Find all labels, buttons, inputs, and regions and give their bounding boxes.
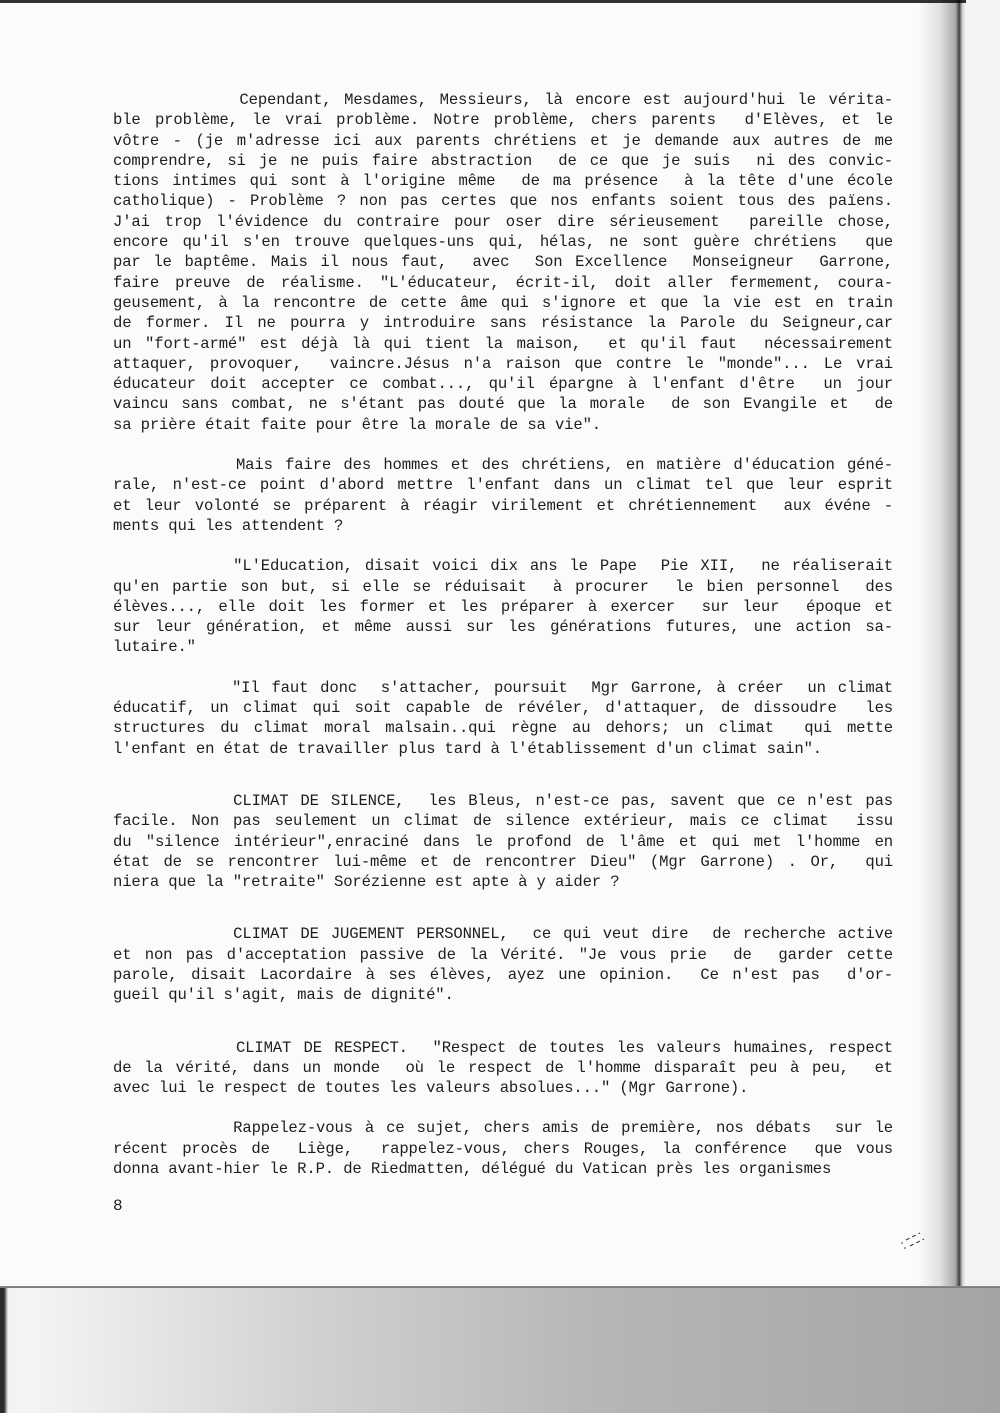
paragraph-climat-respect: CLIMAT DE RESPECT. "Respect de toutes le… [113,1038,893,1099]
text-line: avec lui le respect de toutes les valeur… [113,1078,893,1098]
text-line: un "fort-armé" est déjà là qui tient la … [113,334,893,354]
paragraph-climat-silence: CLIMAT DE SILENCE, les Bleus, n'est-ce p… [113,791,893,892]
text-line: éducateur doit accepter ce combat..., qu… [113,374,893,394]
text-line: J'ai trop l'évidence du contraire pour o… [113,212,893,232]
paragraph-gap [113,1006,893,1038]
text-line: CLIMAT DE JUGEMENT PERSONNEL, ce qui veu… [113,924,893,944]
text-line: comprendre, si je ne puis faire abstract… [113,151,893,171]
text-line: de former. Il ne pourra y introduire san… [113,313,893,333]
paragraph-gap [113,892,893,924]
text-line: geusement, à la rencontre de cette âme q… [113,293,893,313]
text-line: et leur volonté se préparent à réagir vi… [113,496,893,516]
text-line: Rappelez-vous à ce sujet, chers amis de … [113,1118,893,1138]
text-line: attaquer, provoquer, vaincre.Jésus n'a r… [113,354,893,374]
text-line: "L'Education, disait voici dix ans le Pa… [113,556,893,576]
text-line: structures du climat moral malsain..qui … [113,718,893,738]
paragraph-education-pie-xii: "L'Education, disait voici dix ans le Pa… [113,556,893,657]
facing-page-edge [966,0,1000,1288]
text-line: et non pas d'acceptation passive de la V… [113,945,893,965]
text-line: CLIMAT DE SILENCE, les Bleus, n'est-ce p… [113,791,893,811]
text-line: donna avant-hier le R.P. de Riedmatten, … [113,1159,893,1179]
paragraph-cependant: Cependant, Mesdames, Messieurs, là encor… [113,90,893,435]
paragraph-il-faut-donc: "Il faut donc s'attacher, poursuit Mgr G… [113,678,893,759]
text-line: de la vérité, dans un monde où le respec… [113,1058,893,1078]
text-line: du "silence intérieur",enraciné dans le … [113,832,893,852]
text-line: par le baptême. Mais il nous faut, avec … [113,252,893,272]
paragraph-rappelez-vous: Rappelez-vous à ce sujet, chers amis de … [113,1118,893,1179]
paragraph-gap [113,536,893,556]
pencil-mark-icon [898,1230,928,1250]
paragraph-gap [113,658,893,678]
page-top-edge [0,0,1000,3]
text-line: niera que la "retraite" Sorézienne est a… [113,872,893,892]
text-line: lutaire." [113,637,893,657]
text-line: catholique) - Problème ? non pas certes … [113,191,893,211]
text-line: facile. Non pas seulement un climat de s… [113,811,893,831]
text-line: qu'en partie son but, si elle se réduisa… [113,577,893,597]
text-line: sur leur génération, et même aussi sur l… [113,617,893,637]
text-line: rale, n'est-ce point d'abord mettre l'en… [113,475,893,495]
text-line: ble problème, le vrai problème. Notre pr… [113,110,893,130]
paragraph-gap [113,435,893,455]
text-line: ments qui les attendent ? [113,516,893,536]
paragraph-gap [113,1098,893,1118]
text-line: "Il faut donc s'attacher, poursuit Mgr G… [113,678,893,698]
page-number: 8 [113,1197,123,1215]
paragraph-gap [113,759,893,791]
scanner-bed [0,1288,1000,1413]
text-line: élèves..., elle doit les former et les p… [113,597,893,617]
text-line: vaincu sans combat, ne s'étant pas douté… [113,394,893,414]
paragraph-climat-jugement: CLIMAT DE JUGEMENT PERSONNEL, ce qui veu… [113,924,893,1005]
text-line: état de se rencontrer lui-même et de ren… [113,852,893,872]
text-line: l'enfant en état de travailler plus tard… [113,739,893,759]
book-spine-shadow [918,0,966,1288]
scanned-page: Cependant, Mesdames, Messieurs, là encor… [0,0,1000,1288]
text-line: faire preuve de réalisme. "L'éducateur, … [113,273,893,293]
text-line: gueil qu'il s'agit, mais de dignité". [113,985,893,1005]
text-line: vôtre - (je m'adresse ici aux parents ch… [113,131,893,151]
text-line: encore qu'il s'en trouve quelques-uns qu… [113,232,893,252]
text-line: récent procès de Liège, rappelez-vous, c… [113,1139,893,1159]
text-line: Mais faire des hommes et des chrétiens, … [113,455,893,475]
text-line: tions intimes qui sont à l'origine même … [113,171,893,191]
text-line: CLIMAT DE RESPECT. "Respect de toutes le… [113,1038,893,1058]
text-line: parole, disait Lacordaire à ses élèves, … [113,965,893,985]
body-text: Cependant, Mesdames, Messieurs, là encor… [113,90,893,1179]
text-line: Cependant, Mesdames, Messieurs, là encor… [113,90,893,110]
text-line: éducatif, un climat qui soit capable de … [113,698,893,718]
paragraph-mais-faire: Mais faire des hommes et des chrétiens, … [113,455,893,536]
text-line: sa prière était faite pour être la moral… [113,415,893,435]
